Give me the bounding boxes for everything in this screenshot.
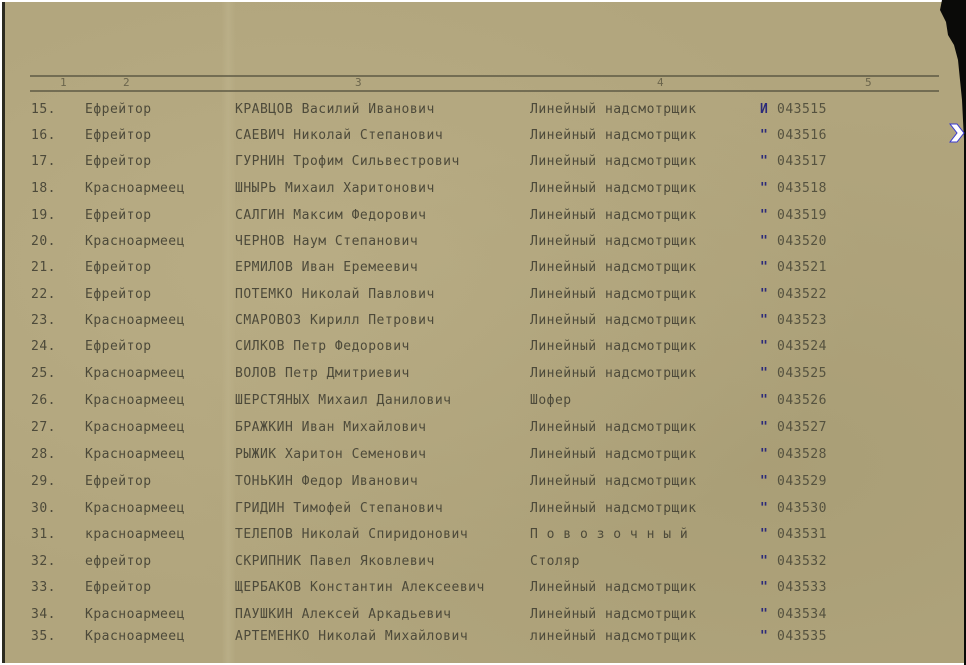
full-name: БРАЖКИН Иван Михайлович bbox=[235, 420, 427, 435]
chevron-right-icon bbox=[946, 121, 966, 145]
full-name: ЩЕРБАКОВ Константин Алексеевич bbox=[235, 580, 485, 595]
full-name: СМАРОВОЗ Кирилл Петрович bbox=[235, 313, 435, 328]
full-name: ТЕЛЕПОВ Николай Спиридонович bbox=[235, 527, 468, 542]
position: Линейный надсмотрщик bbox=[530, 128, 697, 143]
position: линейный надсмотрщик bbox=[530, 629, 697, 644]
ditto-mark: " bbox=[760, 313, 768, 328]
medal-number: 043534 bbox=[777, 607, 827, 622]
position: Линейный надсмотрщик bbox=[530, 501, 697, 516]
full-name: САЛГИН Максим Федорович bbox=[235, 208, 427, 223]
full-name: РЫЖИК Харитон Семенович bbox=[235, 447, 427, 462]
table-row: 31.красноармеецТЕЛЕПОВ Николай Спиридоно… bbox=[5, 527, 945, 553]
table-header-rule-bottom bbox=[30, 90, 939, 92]
column-number-1: 1 bbox=[60, 76, 67, 89]
table-row: 16.ЕфрейторСАЕВИЧ Николай СтепановичЛине… bbox=[5, 128, 945, 154]
medal-number: 043522 bbox=[777, 287, 827, 302]
ditto-mark: " bbox=[760, 607, 768, 622]
position: Столяр bbox=[530, 554, 580, 569]
medal-number: 043515 bbox=[777, 102, 827, 117]
medal-number: 043533 bbox=[777, 580, 827, 595]
position: Линейный надсмотрщик bbox=[530, 313, 697, 328]
rank: Ефрейтор bbox=[85, 580, 152, 595]
medal-number: 043528 bbox=[777, 447, 827, 462]
row-number: 31. bbox=[31, 527, 56, 542]
table-row: 23.КрасноармеецСМАРОВОЗ Кирилл ПетровичЛ… bbox=[5, 313, 945, 339]
rank: красноармеец bbox=[85, 527, 185, 542]
table-row: 28.КрасноармеецРЫЖИК Харитон СеменовичЛи… bbox=[5, 447, 945, 473]
table-row: 19.ЕфрейторСАЛГИН Максим ФедоровичЛинейн… bbox=[5, 208, 945, 234]
ditto-mark: " bbox=[760, 393, 768, 408]
position: П о в о з о ч н ы й bbox=[530, 527, 688, 542]
position: Линейный надсмотрщик bbox=[530, 102, 697, 117]
position: Линейный надсмотрщик bbox=[530, 474, 697, 489]
rank: Ефрейтор bbox=[85, 154, 152, 169]
medal-number: 043517 bbox=[777, 154, 827, 169]
rank: Ефрейтор bbox=[85, 339, 152, 354]
ditto-mark: " bbox=[760, 260, 768, 275]
medal-number: 043532 bbox=[777, 554, 827, 569]
table-row: 33.ЕфрейторЩЕРБАКОВ Константин Алексееви… bbox=[5, 580, 945, 606]
row-number: 27. bbox=[31, 420, 56, 435]
table-row: 20.КрасноармеецЧЕРНОВ Наум СтепановичЛин… bbox=[5, 234, 945, 260]
medal-number: 043523 bbox=[777, 313, 827, 328]
full-name: СКРИПНИК Павел Яковлевич bbox=[235, 554, 435, 569]
rank: Красноармеец bbox=[85, 629, 185, 644]
row-number: 25. bbox=[31, 366, 56, 381]
full-name: ШЕРСТЯНЫХ Михаил Данилович bbox=[235, 393, 452, 408]
ditto-mark: " bbox=[760, 234, 768, 249]
rank: Ефрейтор bbox=[85, 287, 152, 302]
position: Линейный надсмотрщик bbox=[530, 287, 697, 302]
row-number: 16. bbox=[31, 128, 56, 143]
row-number: 23. bbox=[31, 313, 56, 328]
rank: Красноармеец bbox=[85, 607, 185, 622]
table-header-rule-top bbox=[30, 75, 939, 77]
ditto-mark: И bbox=[760, 102, 768, 117]
position: Линейный надсмотрщик bbox=[530, 181, 697, 196]
table-row: 29.ЕфрейторТОНЬКИН Федор ИвановичЛинейны… bbox=[5, 474, 945, 500]
position: Линейный надсмотрщик bbox=[530, 208, 697, 223]
row-number: 33. bbox=[31, 580, 56, 595]
rank: Ефрейтор bbox=[85, 260, 152, 275]
rank: Ефрейтор bbox=[85, 102, 152, 117]
table-row: 30.КрасноармеецГРИДИН Тимофей Степанович… bbox=[5, 501, 945, 527]
rank: Красноармеец bbox=[85, 234, 185, 249]
document-viewer: 1 2 3 4 5 15.ЕфрейторКРАВЦОВ Василий Ива… bbox=[0, 0, 966, 665]
row-number: 30. bbox=[31, 501, 56, 516]
position: Линейный надсмотрщик bbox=[530, 154, 697, 169]
ditto-mark: " bbox=[760, 208, 768, 223]
position: Линейный надсмотрщик bbox=[530, 366, 697, 381]
position: Линейный надсмотрщик bbox=[530, 339, 697, 354]
medal-number: 043520 bbox=[777, 234, 827, 249]
rank: Ефрейтор bbox=[85, 208, 152, 223]
ditto-mark: " bbox=[760, 154, 768, 169]
medal-number: 043526 bbox=[777, 393, 827, 408]
medal-number: 043516 bbox=[777, 128, 827, 143]
table-row: 32.ефрейторСКРИПНИК Павел ЯковлевичСтоля… bbox=[5, 554, 945, 580]
full-name: КРАВЦОВ Василий Иванович bbox=[235, 102, 435, 117]
ditto-mark: " bbox=[760, 474, 768, 489]
medal-number: 043530 bbox=[777, 501, 827, 516]
ditto-mark: " bbox=[760, 501, 768, 516]
full-name: ТОНЬКИН Федор Иванович bbox=[235, 474, 418, 489]
full-name: ГУРНИН Трофим Сильвестрович bbox=[235, 154, 460, 169]
row-number: 35. bbox=[31, 629, 56, 644]
ditto-mark: " bbox=[760, 181, 768, 196]
medal-number: 043535 bbox=[777, 629, 827, 644]
ditto-mark: " bbox=[760, 527, 768, 542]
row-number: 21. bbox=[31, 260, 56, 275]
full-name: ПОТЕМКО Николай Павлович bbox=[235, 287, 435, 302]
row-number: 15. bbox=[31, 102, 56, 117]
rank: Красноармеец bbox=[85, 393, 185, 408]
row-number: 29. bbox=[31, 474, 56, 489]
rank: Красноармеец bbox=[85, 420, 185, 435]
table-row: 24.ЕфрейторСИЛКОВ Петр ФедоровичЛинейный… bbox=[5, 339, 945, 365]
medal-number: 043529 bbox=[777, 474, 827, 489]
ditto-mark: " bbox=[760, 580, 768, 595]
row-number: 20. bbox=[31, 234, 56, 249]
rank: Красноармеец bbox=[85, 501, 185, 516]
full-name: ЕРМИЛОВ Иван Еремеевич bbox=[235, 260, 418, 275]
ditto-mark: " bbox=[760, 287, 768, 302]
archival-document-page: 1 2 3 4 5 15.ЕфрейторКРАВЦОВ Василий Ива… bbox=[2, 2, 966, 663]
row-number: 32. bbox=[31, 554, 56, 569]
table-row: 15.ЕфрейторКРАВЦОВ Василий ИвановичЛиней… bbox=[5, 102, 945, 128]
table-row: 22.ЕфрейторПОТЕМКО Николай ПавловичЛиней… bbox=[5, 287, 945, 313]
ditto-mark: " bbox=[760, 128, 768, 143]
ditto-mark: " bbox=[760, 447, 768, 462]
rank: Красноармеец bbox=[85, 366, 185, 381]
table-row: 21.ЕфрейторЕРМИЛОВ Иван ЕремеевичЛинейны… bbox=[5, 260, 945, 286]
table-row: 25.КрасноармеецВОЛОВ Петр ДмитриевичЛине… bbox=[5, 366, 945, 392]
position: Линейный надсмотрщик bbox=[530, 234, 697, 249]
ditto-mark: " bbox=[760, 554, 768, 569]
ditto-mark: " bbox=[760, 366, 768, 381]
medal-number: 043518 bbox=[777, 181, 827, 196]
rank: Красноармеец bbox=[85, 313, 185, 328]
rank: ефрейтор bbox=[85, 554, 152, 569]
medal-number: 043524 bbox=[777, 339, 827, 354]
table-row: 35.КрасноармеецАРТЕМЕНКО Николай Михайло… bbox=[5, 629, 945, 655]
rank: Красноармеец bbox=[85, 447, 185, 462]
row-number: 18. bbox=[31, 181, 56, 196]
position: Шофер bbox=[530, 393, 572, 408]
full-name: САЕВИЧ Николай Степанович bbox=[235, 128, 443, 143]
position: Линейный надсмотрщик bbox=[530, 607, 697, 622]
rank: Красноармеец bbox=[85, 181, 185, 196]
column-number-4: 4 bbox=[657, 76, 664, 89]
full-name: ВОЛОВ Петр Дмитриевич bbox=[235, 366, 410, 381]
position: Линейный надсмотрщик bbox=[530, 420, 697, 435]
row-number: 17. bbox=[31, 154, 56, 169]
medal-number: 043519 bbox=[777, 208, 827, 223]
table-row: 17.ЕфрейторГУРНИН Трофим СильвестровичЛи… bbox=[5, 154, 945, 180]
table-row: 27.КрасноармеецБРАЖКИН Иван МихайловичЛи… bbox=[5, 420, 945, 446]
ditto-mark: " bbox=[760, 339, 768, 354]
medal-number: 043531 bbox=[777, 527, 827, 542]
row-number: 28. bbox=[31, 447, 56, 462]
medal-number: 043527 bbox=[777, 420, 827, 435]
full-name: ГРИДИН Тимофей Степанович bbox=[235, 501, 443, 516]
full-name: ПАУШКИН Алексей Аркадьевич bbox=[235, 607, 452, 622]
medal-number: 043521 bbox=[777, 260, 827, 275]
table-row: 26.КрасноармеецШЕРСТЯНЫХ Михаил Данилови… bbox=[5, 393, 945, 419]
position: Линейный надсмотрщик bbox=[530, 580, 697, 595]
full-name: ШНЫРЬ Михаил Харитонович bbox=[235, 181, 435, 196]
row-number: 24. bbox=[31, 339, 56, 354]
full-name: ЧЕРНОВ Наум Степанович bbox=[235, 234, 418, 249]
row-number: 26. bbox=[31, 393, 56, 408]
ditto-mark: " bbox=[760, 420, 768, 435]
column-number-5: 5 bbox=[865, 76, 872, 89]
full-name: АРТЕМЕНКО Николай Михайлович bbox=[235, 629, 468, 644]
column-number-3: 3 bbox=[355, 76, 362, 89]
medal-number: 043525 bbox=[777, 366, 827, 381]
full-name: СИЛКОВ Петр Федорович bbox=[235, 339, 410, 354]
rank: Ефрейтор bbox=[85, 474, 152, 489]
rank: Ефрейтор bbox=[85, 128, 152, 143]
row-number: 22. bbox=[31, 287, 56, 302]
next-page-button[interactable] bbox=[946, 121, 966, 145]
column-number-2: 2 bbox=[123, 76, 130, 89]
position: Линейный надсмотрщик bbox=[530, 447, 697, 462]
table-row: 18.КрасноармеецШНЫРЬ Михаил ХаритоновичЛ… bbox=[5, 181, 945, 207]
ditto-mark: " bbox=[760, 629, 768, 644]
row-number: 34. bbox=[31, 607, 56, 622]
row-number: 19. bbox=[31, 208, 56, 223]
position: Линейный надсмотрщик bbox=[530, 260, 697, 275]
